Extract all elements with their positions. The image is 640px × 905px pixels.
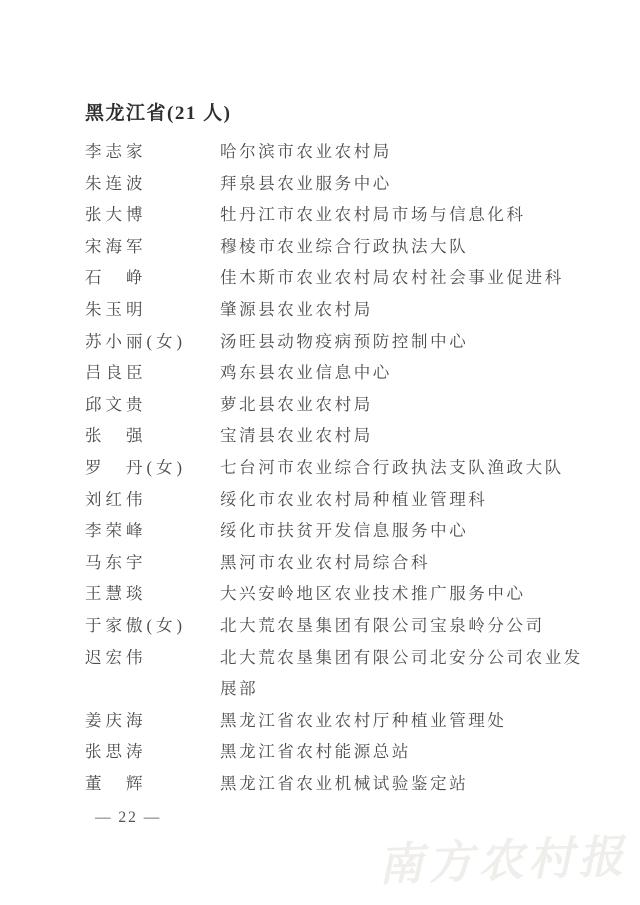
roster-row: 于家傲(女) 北大荒农垦集团有限公司宝泉岭分公司 (85, 610, 590, 642)
person-name: 张思涛 (85, 736, 220, 768)
person-org: 黑龙江省农业机械试验鉴定站 (220, 768, 590, 800)
roster-row: 朱连波 拜泉县农业服务中心 (85, 168, 590, 200)
person-org: 绥化市农业农村局种植业管理科 (220, 484, 590, 516)
person-org: 牡丹江市农业农村局市场与信息化科 (220, 199, 590, 231)
person-org: 黑河市农业农村局综合科 (220, 547, 590, 579)
person-name: 马东宇 (85, 547, 220, 579)
roster-row: 苏小丽(女) 汤旺县动物疫病预防控制中心 (85, 326, 590, 358)
person-org: 萝北县农业农村局 (220, 389, 590, 421)
person-name: 于家傲(女) (85, 610, 220, 642)
person-name: 李荣峰 (85, 515, 220, 547)
person-org: 黑龙江省农村能源总站 (220, 736, 590, 768)
person-name: 迟宏伟 (85, 642, 220, 674)
person-name: 张 强 (85, 420, 220, 452)
roster-row: 张 强 宝清县农业农村局 (85, 420, 590, 452)
page-content: 黑龙江省(21 人) 李志家 哈尔滨市农业农村局 朱连波 拜泉县农业服务中心 张… (85, 103, 590, 799)
person-name: 邱文贵 (85, 389, 220, 421)
roster-row: 张大博 牡丹江市农业农村局市场与信息化科 (85, 199, 590, 231)
person-org: 宝清县农业农村局 (220, 420, 590, 452)
person-org: 北大荒农垦集团有限公司宝泉岭分公司 (220, 610, 590, 642)
person-name: 李志家 (85, 136, 220, 168)
person-name: 姜庆海 (85, 705, 220, 737)
roster-row: 迟宏伟 北大荒农垦集团有限公司北安分公司农业发展部 (85, 642, 590, 705)
person-org: 绥化市扶贫开发信息服务中心 (220, 515, 590, 547)
roster-row: 刘红伟 绥化市农业农村局种植业管理科 (85, 484, 590, 516)
roster-row: 邱文贵 萝北县农业农村局 (85, 389, 590, 421)
person-org: 拜泉县农业服务中心 (220, 168, 590, 200)
person-name: 罗 丹(女) (85, 452, 220, 484)
roster-row: 罗 丹(女) 七台河市农业综合行政执法支队渔政大队 (85, 452, 590, 484)
roster-row: 姜庆海 黑龙江省农业农村厅种植业管理处 (85, 705, 590, 737)
person-org: 佳木斯市农业农村局农村社会事业促进科 (220, 262, 590, 294)
roster-row: 李志家 哈尔滨市农业农村局 (85, 136, 590, 168)
person-name: 刘红伟 (85, 484, 220, 516)
roster-row: 朱玉明 肇源县农业农村局 (85, 294, 590, 326)
person-name: 朱玉明 (85, 294, 220, 326)
person-org: 肇源县农业农村局 (220, 294, 590, 326)
person-org: 鸡东县农业信息中心 (220, 357, 590, 389)
person-org: 穆棱市农业综合行政执法大队 (220, 231, 590, 263)
section-title: 黑龙江省(21 人) (85, 103, 590, 125)
person-name: 石 峥 (85, 262, 220, 294)
page-number: — 22 — (95, 809, 161, 827)
person-org: 北大荒农垦集团有限公司北安分公司农业发展部 (220, 642, 590, 705)
person-name: 吕良臣 (85, 357, 220, 389)
roster-row: 吕良臣 鸡东县农业信息中心 (85, 357, 590, 389)
person-name: 苏小丽(女) (85, 326, 220, 358)
person-name: 宋海军 (85, 231, 220, 263)
roster: 李志家 哈尔滨市农业农村局 朱连波 拜泉县农业服务中心 张大博 牡丹江市农业农村… (85, 136, 590, 799)
person-org: 汤旺县动物疫病预防控制中心 (220, 326, 590, 358)
person-name: 张大博 (85, 199, 220, 231)
roster-row: 王慧琰 大兴安岭地区农业技术推广服务中心 (85, 578, 590, 610)
document-page: 黑龙江省(21 人) 李志家 哈尔滨市农业农村局 朱连波 拜泉县农业服务中心 张… (0, 0, 640, 905)
roster-row: 宋海军 穆棱市农业综合行政执法大队 (85, 231, 590, 263)
person-name: 董 辉 (85, 768, 220, 800)
person-name: 王慧琰 (85, 578, 220, 610)
person-org: 哈尔滨市农业农村局 (220, 136, 590, 168)
person-org: 七台河市农业综合行政执法支队渔政大队 (220, 452, 590, 484)
roster-row: 董 辉 黑龙江省农业机械试验鉴定站 (85, 768, 590, 800)
watermark: 南方农村报 (377, 820, 629, 894)
roster-row: 李荣峰 绥化市扶贫开发信息服务中心 (85, 515, 590, 547)
person-name: 朱连波 (85, 168, 220, 200)
roster-row: 张思涛 黑龙江省农村能源总站 (85, 736, 590, 768)
roster-row: 马东宇 黑河市农业农村局综合科 (85, 547, 590, 579)
roster-row: 石 峥 佳木斯市农业农村局农村社会事业促进科 (85, 262, 590, 294)
person-org: 大兴安岭地区农业技术推广服务中心 (220, 578, 590, 610)
person-org: 黑龙江省农业农村厅种植业管理处 (220, 705, 590, 737)
